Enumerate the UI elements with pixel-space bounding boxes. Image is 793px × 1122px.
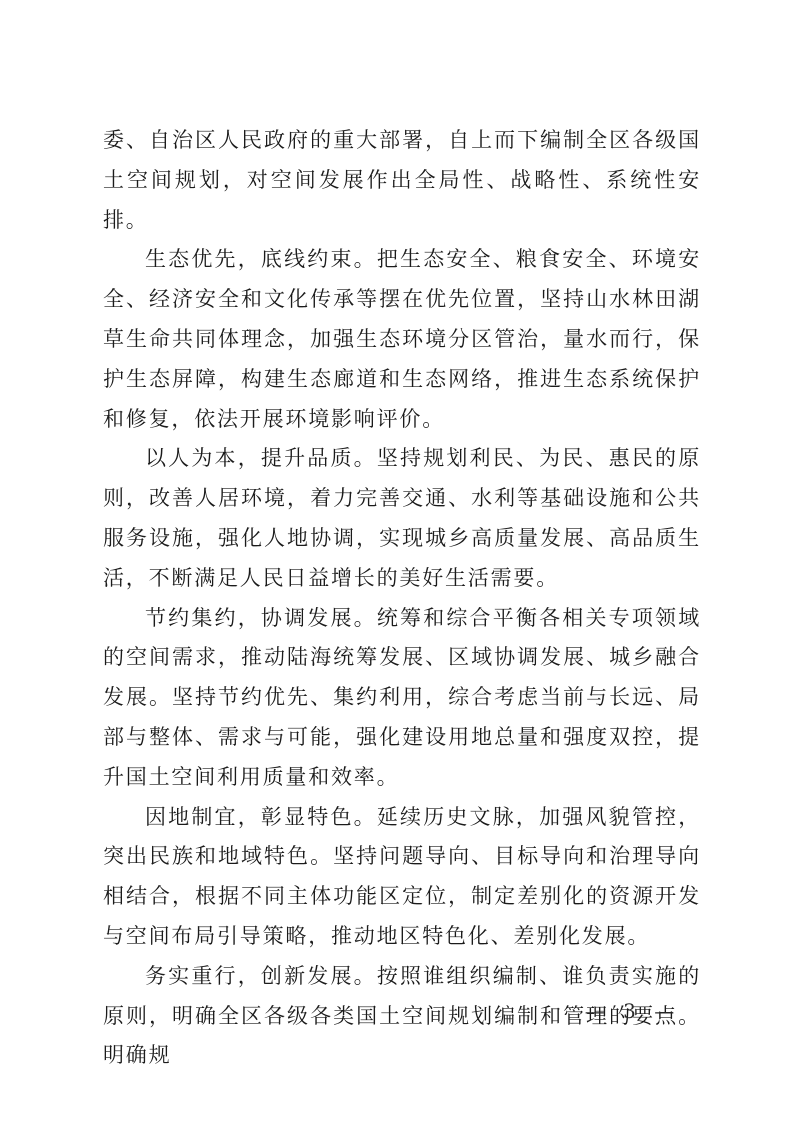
paragraph-lead: 因地制宜，彰显特色。 [145, 805, 377, 829]
paragraph-body: 委、自治区人民政府的重大部署，自上而下编制全区各级国土空间规划，对空间发展作出全… [103, 128, 701, 232]
body-paragraph: 生态优先，底线约束。把生态安全、粮食安全、环境安全、经济安全和文化传承等摆在优先… [103, 240, 701, 439]
body-text-block: 委、自治区人民政府的重大部署，自上而下编制全区各级国土空间规划，对空间发展作出全… [103, 121, 701, 1076]
paragraph-lead: 务实重行，创新发展。 [145, 964, 377, 988]
paragraph-body: 把生态安全、粮食安全、环境安全、经济安全和文化传承等摆在优先位置，坚持山水林田湖… [103, 247, 701, 430]
paragraph-body: 统筹和综合平衡各相关专项领域的空间需求，推动陆海统筹发展、区域协调发展、城乡融合… [103, 606, 701, 789]
body-paragraph: 因地制宜，彰显特色。延续历史文脉，加强风貌管控，突出民族和地域特色。坚持问题导向… [103, 798, 701, 957]
body-paragraph: 节约集约，协调发展。统筹和综合平衡各相关专项领域的空间需求，推动陆海统筹发展、区… [103, 599, 701, 798]
paragraph-lead: 以人为本，提升品质。 [145, 446, 377, 470]
page-number: — 3 — [560, 999, 700, 1023]
body-paragraph: 以人为本，提升品质。坚持规划利民、为民、惠民的原则，改善人居环境，着力完善交通、… [103, 439, 701, 598]
paragraph-lead: 生态优先，底线约束。 [145, 247, 377, 271]
body-paragraph: 委、自治区人民政府的重大部署，自上而下编制全区各级国土空间规划，对空间发展作出全… [103, 121, 701, 240]
document-page: 委、自治区人民政府的重大部署，自上而下编制全区各级国土空间规划，对空间发展作出全… [0, 0, 793, 1122]
paragraph-lead: 节约集约，协调发展。 [145, 606, 377, 630]
